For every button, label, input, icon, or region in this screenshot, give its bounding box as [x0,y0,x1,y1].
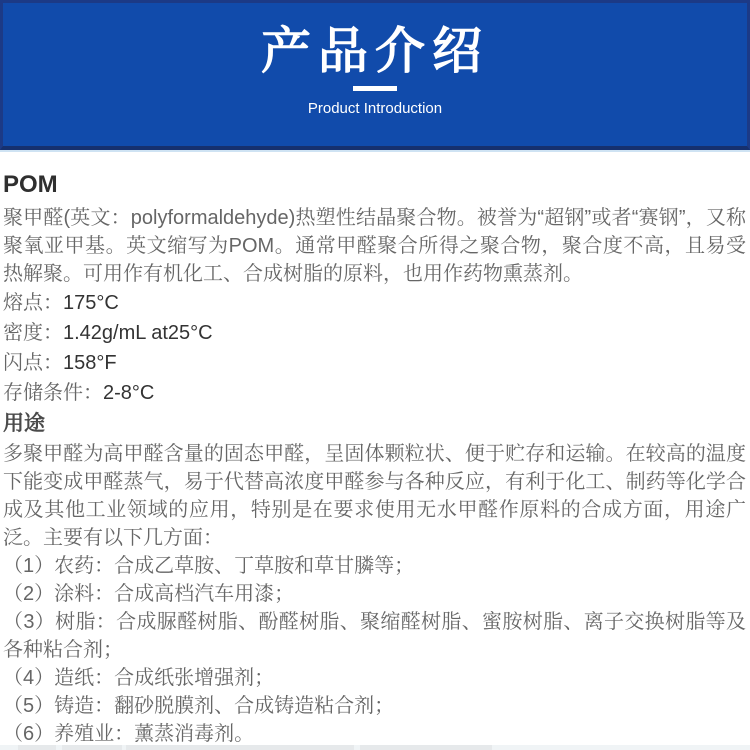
product-introduction-section: POM 聚甲醛(英文：polyformaldehyde)热塑性结晶聚合物。被誉为… [0,150,750,748]
usage-item-coating: （2）涂料：合成高档汽车用漆； [3,580,746,608]
usage-intro: 多聚甲醛为高甲醛含量的固态甲醛，呈固体颗粒状、便于贮存和运输。在较高的温度下能变… [3,440,746,552]
property-label: 存储条件： [3,382,103,404]
next-section-segment [62,745,122,750]
property-row-flash-point: 闪点：158°F [3,348,746,378]
usage-item-pesticide: （1）农药：合成乙草胺、丁草胺和草甘膦等； [3,552,746,580]
usage-item-farming: （6）养殖业：薰蒸消毒剂。 [3,720,746,748]
property-row-density: 密度：1.42g/mL at25°C [3,318,746,348]
property-value: 1.42g/mL at25°C [63,322,213,344]
usage-item-resin: （3）树脂：合成脲醛树脂、酚醛树脂、聚缩醛树脂、蜜胺树脂、离子交换树脂等及各种粘… [3,608,746,664]
property-value: 175°C [63,292,119,314]
property-label: 熔点： [3,292,63,314]
usage-item-casting: （5）铸造：翻砂脱膜剂、合成铸造粘合剂； [3,692,746,720]
property-row-melting-point: 熔点：175°C [3,288,746,318]
next-section-segment [360,745,492,750]
banner-subtitle: Product Introduction [3,101,747,117]
property-label: 闪点： [3,352,63,374]
property-value: 2-8°C [103,382,154,404]
property-label: 密度： [3,322,63,344]
next-section-segment [18,745,56,750]
usage-item-papermaking: （4）造纸：合成纸张增强剂； [3,664,746,692]
next-section-segment [126,745,354,750]
product-name-heading: POM [3,170,746,200]
banner: 产品介绍 Product Introduction [0,0,750,150]
property-row-storage-condition: 存储条件：2-8°C [3,378,746,408]
usage-heading: 用途 [3,410,746,438]
next-section-cutoff-strip [0,745,750,750]
banner-title: 产品介绍 [3,3,747,77]
product-description: 聚甲醛(英文：polyformaldehyde)热塑性结晶聚合物。被誉为“超钢”… [3,204,746,288]
banner-divider [353,86,397,91]
property-value: 158°F [63,352,117,374]
